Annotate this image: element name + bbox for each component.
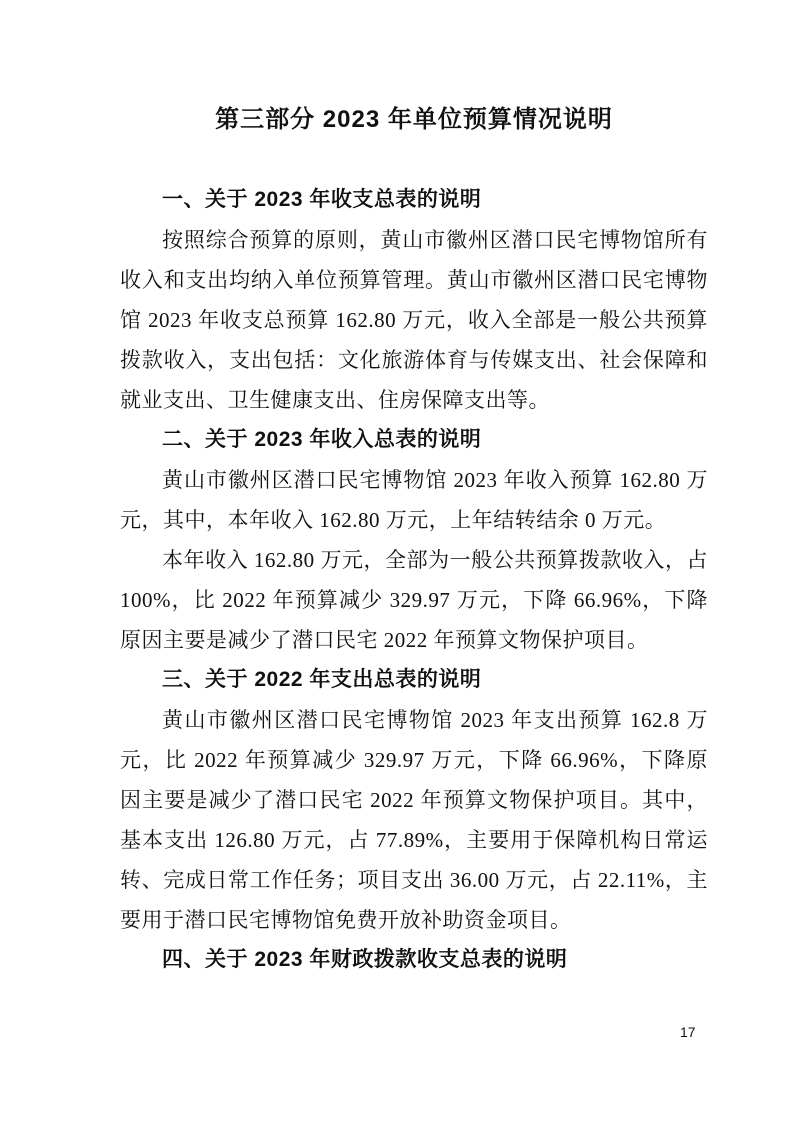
section-3-paragraph-1: 黄山市徽州区潜口民宅博物馆 2023 年支出预算 162.8 万元，比 2022… bbox=[120, 700, 708, 940]
section-2-paragraph-1: 黄山市徽州区潜口民宅博物馆 2023 年收入预算 162.80 万元，其中，本年… bbox=[120, 460, 708, 540]
section-4-heading: 四、关于 2023 年财政拨款收支总表的说明 bbox=[120, 940, 708, 980]
document-content: 第三部分 2023 年单位预算情况说明 一、关于 2023 年收支总表的说明 按… bbox=[120, 100, 708, 980]
page-number: 17 bbox=[680, 1023, 696, 1041]
section-2-paragraph-2: 本年收入 162.80 万元，全部为一般公共预算拨款收入，占 100%，比 20… bbox=[120, 540, 708, 660]
page-title: 第三部分 2023 年单位预算情况说明 bbox=[120, 100, 708, 140]
document-page: 第三部分 2023 年单位预算情况说明 一、关于 2023 年收支总表的说明 按… bbox=[0, 0, 793, 1122]
section-1-heading: 一、关于 2023 年收支总表的说明 bbox=[120, 180, 708, 220]
section-2-heading: 二、关于 2023 年收入总表的说明 bbox=[120, 420, 708, 460]
section-1-paragraph-1: 按照综合预算的原则，黄山市徽州区潜口民宅博物馆所有收入和支出均纳入单位预算管理。… bbox=[120, 220, 708, 420]
section-3-heading: 三、关于 2022 年支出总表的说明 bbox=[120, 660, 708, 700]
